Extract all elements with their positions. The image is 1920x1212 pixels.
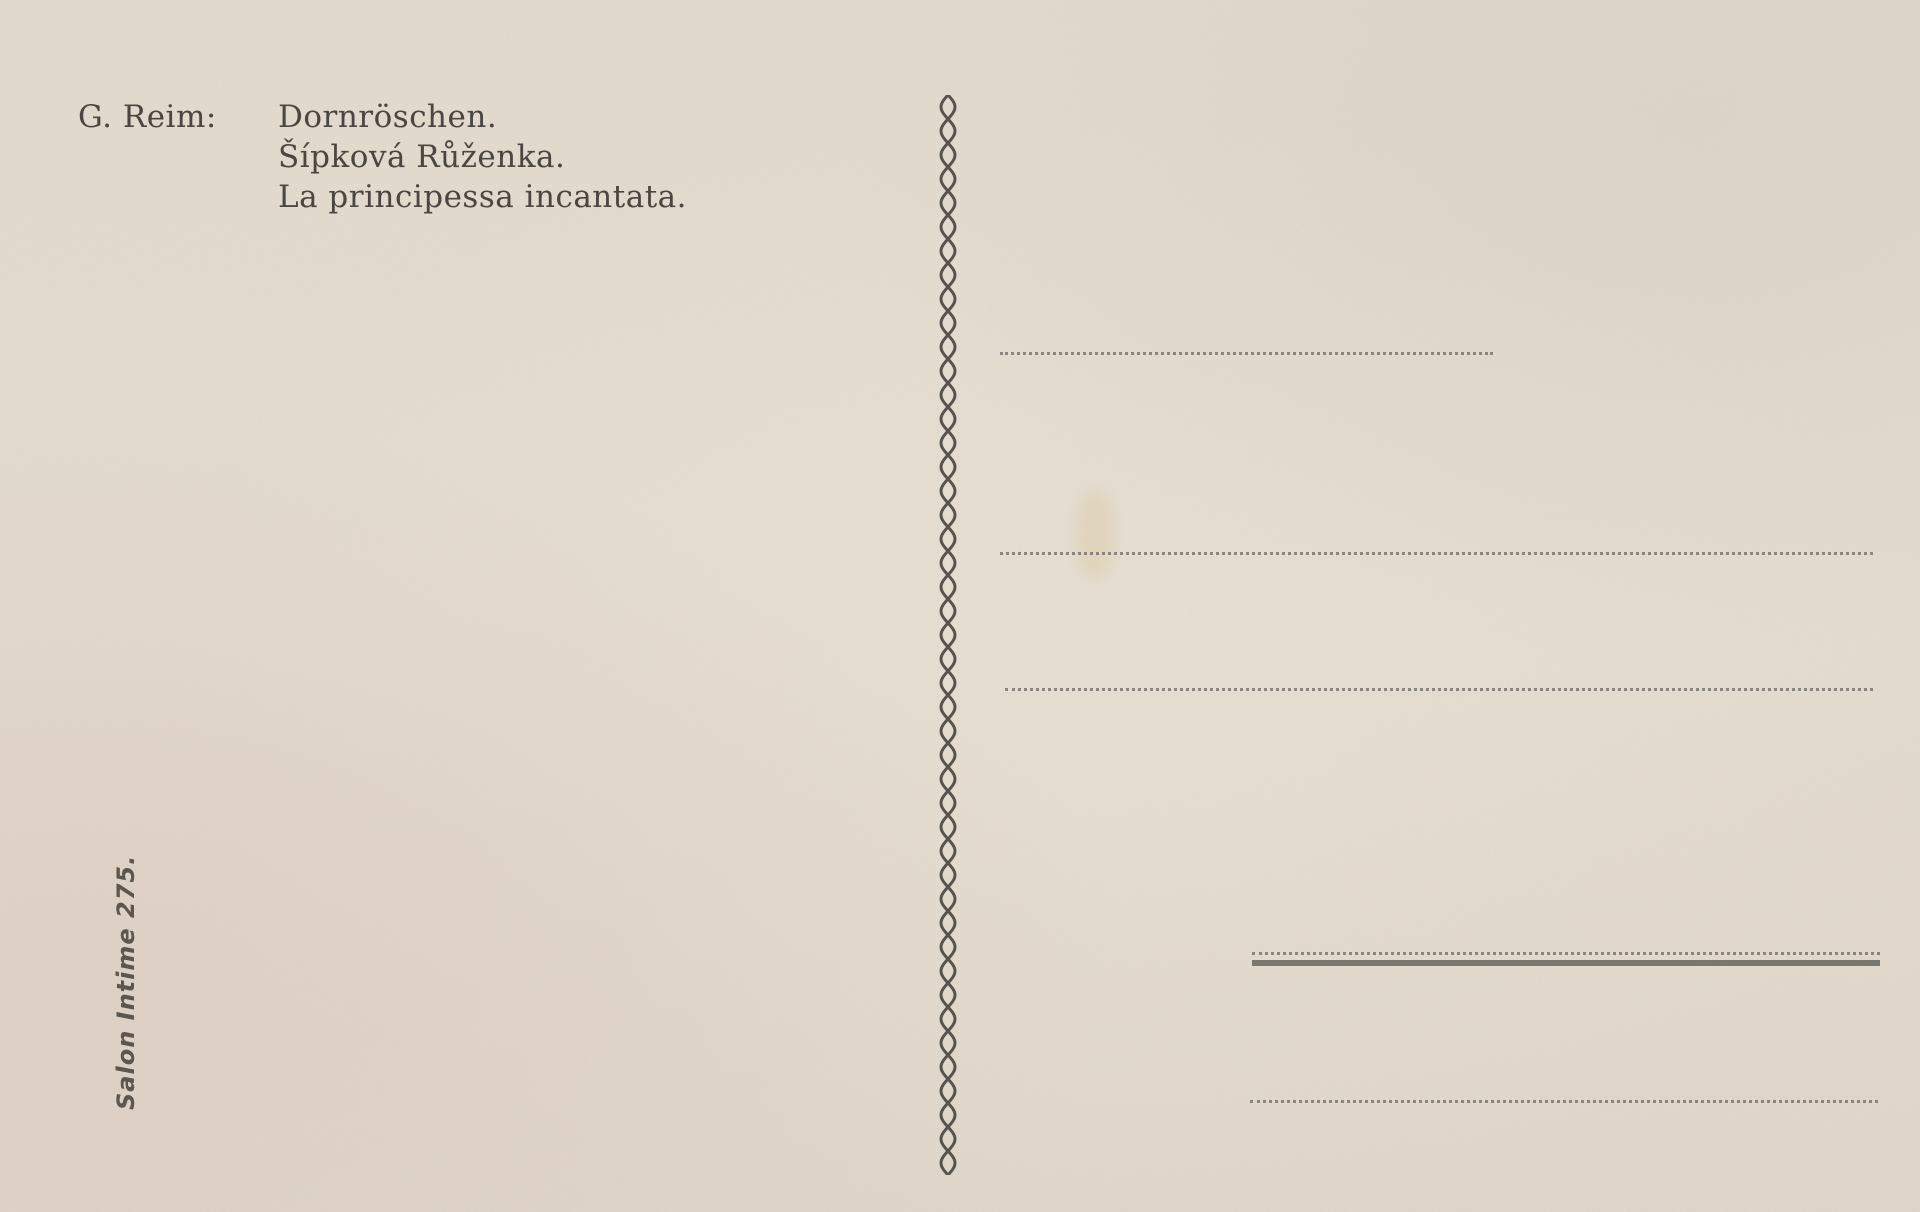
postcard-back: G. Reim: Dornröschen. Šípková Růženka. L… <box>0 0 1920 1212</box>
title-italian: La principessa incantata. <box>278 177 687 217</box>
address-underline-bold <box>1252 960 1880 966</box>
paper-stain <box>1075 490 1115 580</box>
title-german: Dornröschen. <box>278 97 497 137</box>
title-czech: Šípková Růženka. <box>278 137 565 177</box>
rope-divider <box>930 95 966 1175</box>
address-line-5 <box>1250 1100 1878 1103</box>
address-line-1 <box>1000 352 1493 355</box>
address-line-4 <box>1252 952 1880 955</box>
address-line-2 <box>1000 552 1873 555</box>
publisher-series: Salon Intime 275. <box>112 855 140 1110</box>
address-line-3 <box>1005 688 1873 691</box>
title-block: G. Reim: Dornröschen. Šípková Růženka. L… <box>78 97 687 217</box>
author-name: G. Reim: <box>78 97 278 137</box>
